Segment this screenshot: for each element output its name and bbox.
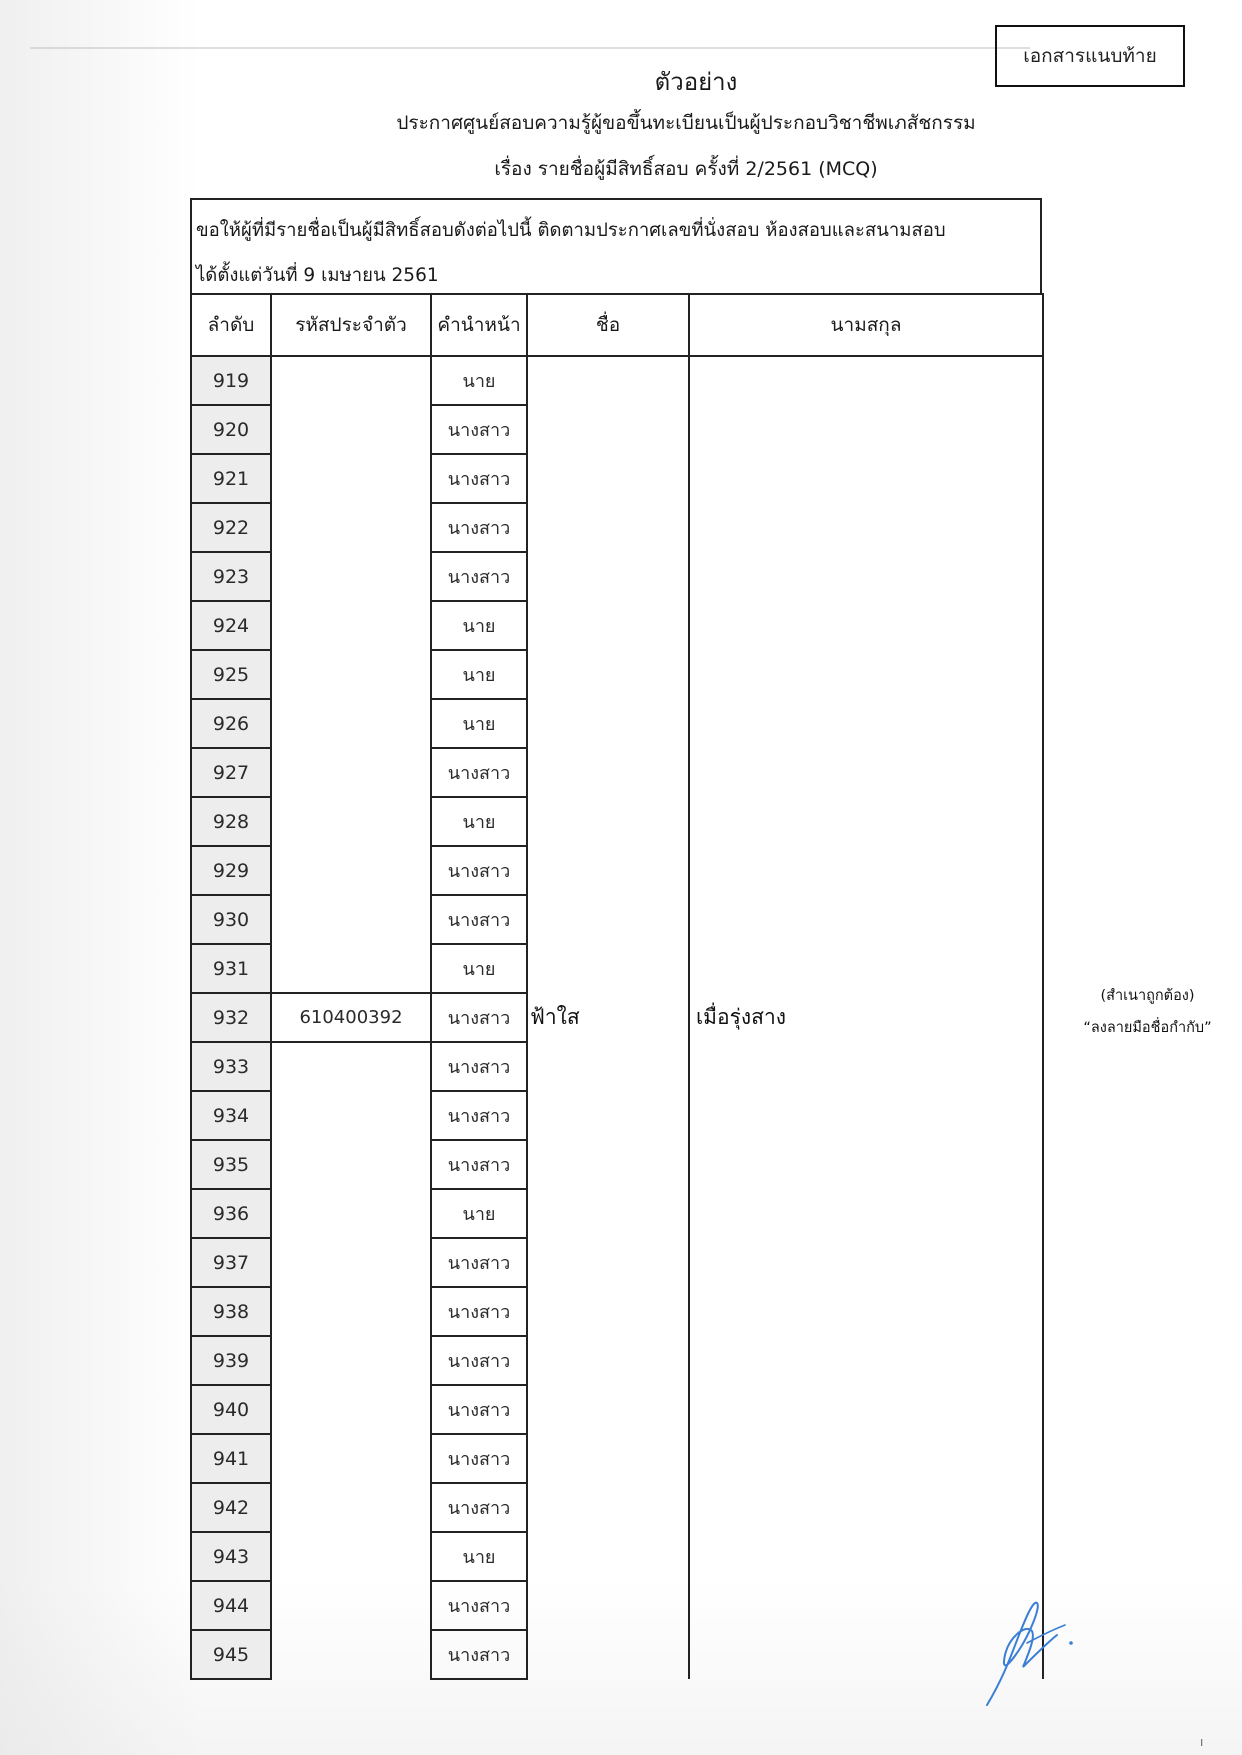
- cell-first-name: [527, 846, 689, 895]
- cell-seq: 922: [191, 503, 271, 552]
- cell-code: [271, 1532, 431, 1581]
- table-row: 944นางสาว: [191, 1581, 1043, 1630]
- table-row: 940นางสาว: [191, 1385, 1043, 1434]
- cell-code: [271, 1042, 431, 1091]
- table-row: 936นาย: [191, 1189, 1043, 1238]
- document-subject: เรื่อง รายชื่อผู้มีสิทธิ์สอบ ครั้งที่ 2/…: [0, 154, 1242, 184]
- table-row: 933นางสาว: [191, 1042, 1043, 1091]
- cell-code: [271, 552, 431, 601]
- cell-code: [271, 748, 431, 797]
- cell-prefix: นางสาว: [431, 895, 527, 944]
- cell-seq: 924: [191, 601, 271, 650]
- cell-first-name: [527, 748, 689, 797]
- table-row: 939นางสาว: [191, 1336, 1043, 1385]
- cell-first-name: [527, 356, 689, 405]
- cell-code: [271, 846, 431, 895]
- cell-code: [271, 405, 431, 454]
- scan-shade-left: [0, 0, 200, 1755]
- cell-prefix: นางสาว: [431, 846, 527, 895]
- cell-last-name: [689, 1434, 1043, 1483]
- cell-seq: 932: [191, 993, 271, 1042]
- cell-first-name: [527, 601, 689, 650]
- cell-seq: 935: [191, 1140, 271, 1189]
- cell-code: [271, 454, 431, 503]
- cell-last-name: [689, 1091, 1043, 1140]
- cell-prefix: นางสาว: [431, 405, 527, 454]
- cell-first-name: [527, 405, 689, 454]
- cell-seq: 926: [191, 699, 271, 748]
- scan-mark: ı: [1200, 1735, 1203, 1749]
- cell-code: [271, 895, 431, 944]
- cell-first-name: [527, 650, 689, 699]
- cell-prefix: นางสาว: [431, 1581, 527, 1630]
- cell-code: [271, 699, 431, 748]
- cell-prefix: นางสาว: [431, 1140, 527, 1189]
- cell-prefix: นางสาว: [431, 552, 527, 601]
- cell-prefix: นางสาว: [431, 1091, 527, 1140]
- cell-seq: 923: [191, 552, 271, 601]
- table-row: 932610400392นางสาวฟ้าใสเมื่อรุ่งสาง: [191, 993, 1043, 1042]
- scan-artifact: [30, 47, 1030, 49]
- cell-first-name: [527, 1581, 689, 1630]
- cell-prefix: นางสาว: [431, 1483, 527, 1532]
- cell-last-name: [689, 748, 1043, 797]
- cell-first-name: [527, 1630, 689, 1679]
- table-row: 930นางสาว: [191, 895, 1043, 944]
- cell-seq: 940: [191, 1385, 271, 1434]
- cell-prefix: นางสาว: [431, 1434, 527, 1483]
- notice-line-1: ขอให้ผู้ที่มีรายชื่อเป็นผู้มีสิทธิ์สอบดั…: [196, 208, 1036, 253]
- cell-code: [271, 1483, 431, 1532]
- cell-first-name: [527, 1532, 689, 1581]
- cell-last-name: [689, 1385, 1043, 1434]
- table-row: 926นาย: [191, 699, 1043, 748]
- cell-prefix: นาย: [431, 699, 527, 748]
- cell-code: [271, 1189, 431, 1238]
- certification-line-1: (สำเนาถูกต้อง): [1055, 980, 1240, 1012]
- cell-first-name: [527, 1140, 689, 1189]
- cell-last-name: [689, 1483, 1043, 1532]
- cell-code: [271, 944, 431, 993]
- cell-prefix: นาย: [431, 356, 527, 405]
- document-title: ตัวอย่าง: [0, 62, 1242, 101]
- cell-prefix: นางสาว: [431, 454, 527, 503]
- table-row: 938นางสาว: [191, 1287, 1043, 1336]
- cell-last-name: [689, 895, 1043, 944]
- column-header-code: รหัสประจำตัว: [271, 294, 431, 356]
- cell-code: [271, 650, 431, 699]
- cell-prefix: นาย: [431, 944, 527, 993]
- cell-first-name: [527, 699, 689, 748]
- cell-prefix: นางสาว: [431, 1336, 527, 1385]
- table-body: 919นาย920นางสาว921นางสาว922นางสาว923นางส…: [191, 356, 1043, 1679]
- cell-first-name: [527, 895, 689, 944]
- cell-code: [271, 797, 431, 846]
- cell-code: [271, 1630, 431, 1679]
- cell-code: [271, 1385, 431, 1434]
- cell-prefix: นางสาว: [431, 503, 527, 552]
- table-row: 935นางสาว: [191, 1140, 1043, 1189]
- table-row: 920นางสาว: [191, 405, 1043, 454]
- cell-first-name: [527, 1434, 689, 1483]
- table-row: 919นาย: [191, 356, 1043, 405]
- cell-seq: 945: [191, 1630, 271, 1679]
- cell-seq: 939: [191, 1336, 271, 1385]
- cell-prefix: นางสาว: [431, 1238, 527, 1287]
- cell-last-name: [689, 503, 1043, 552]
- cell-first-name: [527, 1238, 689, 1287]
- table-row: 941นางสาว: [191, 1434, 1043, 1483]
- cell-code: 610400392: [271, 993, 431, 1042]
- cell-code: [271, 1238, 431, 1287]
- table-row: 945นางสาว: [191, 1630, 1043, 1679]
- cell-first-name: [527, 1189, 689, 1238]
- column-header-seq: ลำดับ: [191, 294, 271, 356]
- cell-first-name: [527, 503, 689, 552]
- table-row: 922นางสาว: [191, 503, 1043, 552]
- cell-code: [271, 1287, 431, 1336]
- table-row: 934นางสาว: [191, 1091, 1043, 1140]
- cell-last-name: [689, 1140, 1043, 1189]
- cell-last-name: [689, 1238, 1043, 1287]
- cell-last-name: [689, 1532, 1043, 1581]
- table-row: 943นาย: [191, 1532, 1043, 1581]
- candidate-table: ลำดับ รหัสประจำตัว คำนำหน้า ชื่อ นามสกุล…: [190, 293, 1044, 1680]
- cell-seq: 921: [191, 454, 271, 503]
- cell-first-name: [527, 1483, 689, 1532]
- cell-seq: 919: [191, 356, 271, 405]
- table-row: 928นาย: [191, 797, 1043, 846]
- certification-line-2: “ลงลายมือชื่อกำกับ”: [1055, 1012, 1240, 1044]
- cell-prefix: นางสาว: [431, 1042, 527, 1091]
- cell-seq: 927: [191, 748, 271, 797]
- notice-line-2: ได้ตั้งแต่วันที่ 9 เมษายน 2561: [196, 253, 1036, 298]
- cell-prefix: นางสาว: [431, 1287, 527, 1336]
- cell-last-name: [689, 699, 1043, 748]
- cell-last-name: [689, 405, 1043, 454]
- table-row: 942นางสาว: [191, 1483, 1043, 1532]
- cell-last-name: [689, 944, 1043, 993]
- candidate-table-frame: ขอให้ผู้ที่มีรายชื่อเป็นผู้มีสิทธิ์สอบดั…: [190, 198, 1042, 1658]
- cell-last-name: เมื่อรุ่งสาง: [689, 993, 1043, 1042]
- cell-prefix: นาย: [431, 797, 527, 846]
- cell-seq: 936: [191, 1189, 271, 1238]
- table-row: 929นางสาว: [191, 846, 1043, 895]
- cell-seq: 944: [191, 1581, 271, 1630]
- column-header-first-name: ชื่อ: [527, 294, 689, 356]
- cell-code: [271, 601, 431, 650]
- cell-seq: 920: [191, 405, 271, 454]
- cell-first-name: [527, 797, 689, 846]
- cell-first-name: [527, 1091, 689, 1140]
- cell-last-name: [689, 1287, 1043, 1336]
- cell-seq: 931: [191, 944, 271, 993]
- cell-first-name: [527, 454, 689, 503]
- cell-code: [271, 503, 431, 552]
- cell-seq: 928: [191, 797, 271, 846]
- cell-code: [271, 1091, 431, 1140]
- cell-prefix: นางสาว: [431, 993, 527, 1042]
- cell-prefix: นางสาว: [431, 1630, 527, 1679]
- cell-seq: 941: [191, 1434, 271, 1483]
- cell-first-name: [527, 1336, 689, 1385]
- cell-seq: 942: [191, 1483, 271, 1532]
- table-row: 924นาย: [191, 601, 1043, 650]
- cell-prefix: นาย: [431, 601, 527, 650]
- cell-last-name: [689, 356, 1043, 405]
- cell-last-name: [689, 1336, 1043, 1385]
- cell-seq: 943: [191, 1532, 271, 1581]
- cell-last-name: [689, 1189, 1043, 1238]
- table-row: 921นางสาว: [191, 454, 1043, 503]
- table-row: 925นาย: [191, 650, 1043, 699]
- table-row: 927นางสาว: [191, 748, 1043, 797]
- cell-code: [271, 356, 431, 405]
- cell-code: [271, 1140, 431, 1189]
- cell-prefix: นาย: [431, 650, 527, 699]
- cell-code: [271, 1581, 431, 1630]
- cell-first-name: ฟ้าใส: [527, 993, 689, 1042]
- column-header-prefix: คำนำหน้า: [431, 294, 527, 356]
- cell-seq: 929: [191, 846, 271, 895]
- cell-last-name: [689, 846, 1043, 895]
- signature-icon: [975, 1595, 1085, 1710]
- cell-first-name: [527, 552, 689, 601]
- notice-box: ขอให้ผู้ที่มีรายชื่อเป็นผู้มีสิทธิ์สอบดั…: [190, 198, 1042, 293]
- cell-seq: 937: [191, 1238, 271, 1287]
- cell-prefix: นาย: [431, 1189, 527, 1238]
- table-row: 931นาย: [191, 944, 1043, 993]
- cell-last-name: [689, 552, 1043, 601]
- cell-code: [271, 1336, 431, 1385]
- cell-seq: 938: [191, 1287, 271, 1336]
- cell-last-name: [689, 797, 1043, 846]
- cell-last-name: [689, 1042, 1043, 1091]
- cell-code: [271, 1434, 431, 1483]
- cell-seq: 930: [191, 895, 271, 944]
- cell-first-name: [527, 944, 689, 993]
- cell-last-name: [689, 601, 1043, 650]
- cell-first-name: [527, 1287, 689, 1336]
- cell-last-name: [689, 650, 1043, 699]
- cell-last-name: [689, 454, 1043, 503]
- cell-seq: 925: [191, 650, 271, 699]
- cell-first-name: [527, 1042, 689, 1091]
- table-row: 937นางสาว: [191, 1238, 1043, 1287]
- certification-note: (สำเนาถูกต้อง) “ลงลายมือชื่อกำกับ”: [1055, 980, 1240, 1044]
- document-subtitle: ประกาศศูนย์สอบความรู้ผู้ขอขึ้นทะเบียนเป็…: [0, 108, 1242, 138]
- cell-prefix: นางสาว: [431, 1385, 527, 1434]
- cell-seq: 933: [191, 1042, 271, 1091]
- cell-seq: 934: [191, 1091, 271, 1140]
- cell-prefix: นาย: [431, 1532, 527, 1581]
- table-row: 923นางสาว: [191, 552, 1043, 601]
- table-header-row: ลำดับ รหัสประจำตัว คำนำหน้า ชื่อ นามสกุล: [191, 294, 1043, 356]
- cell-prefix: นางสาว: [431, 748, 527, 797]
- cell-first-name: [527, 1385, 689, 1434]
- column-header-last-name: นามสกุล: [689, 294, 1043, 356]
